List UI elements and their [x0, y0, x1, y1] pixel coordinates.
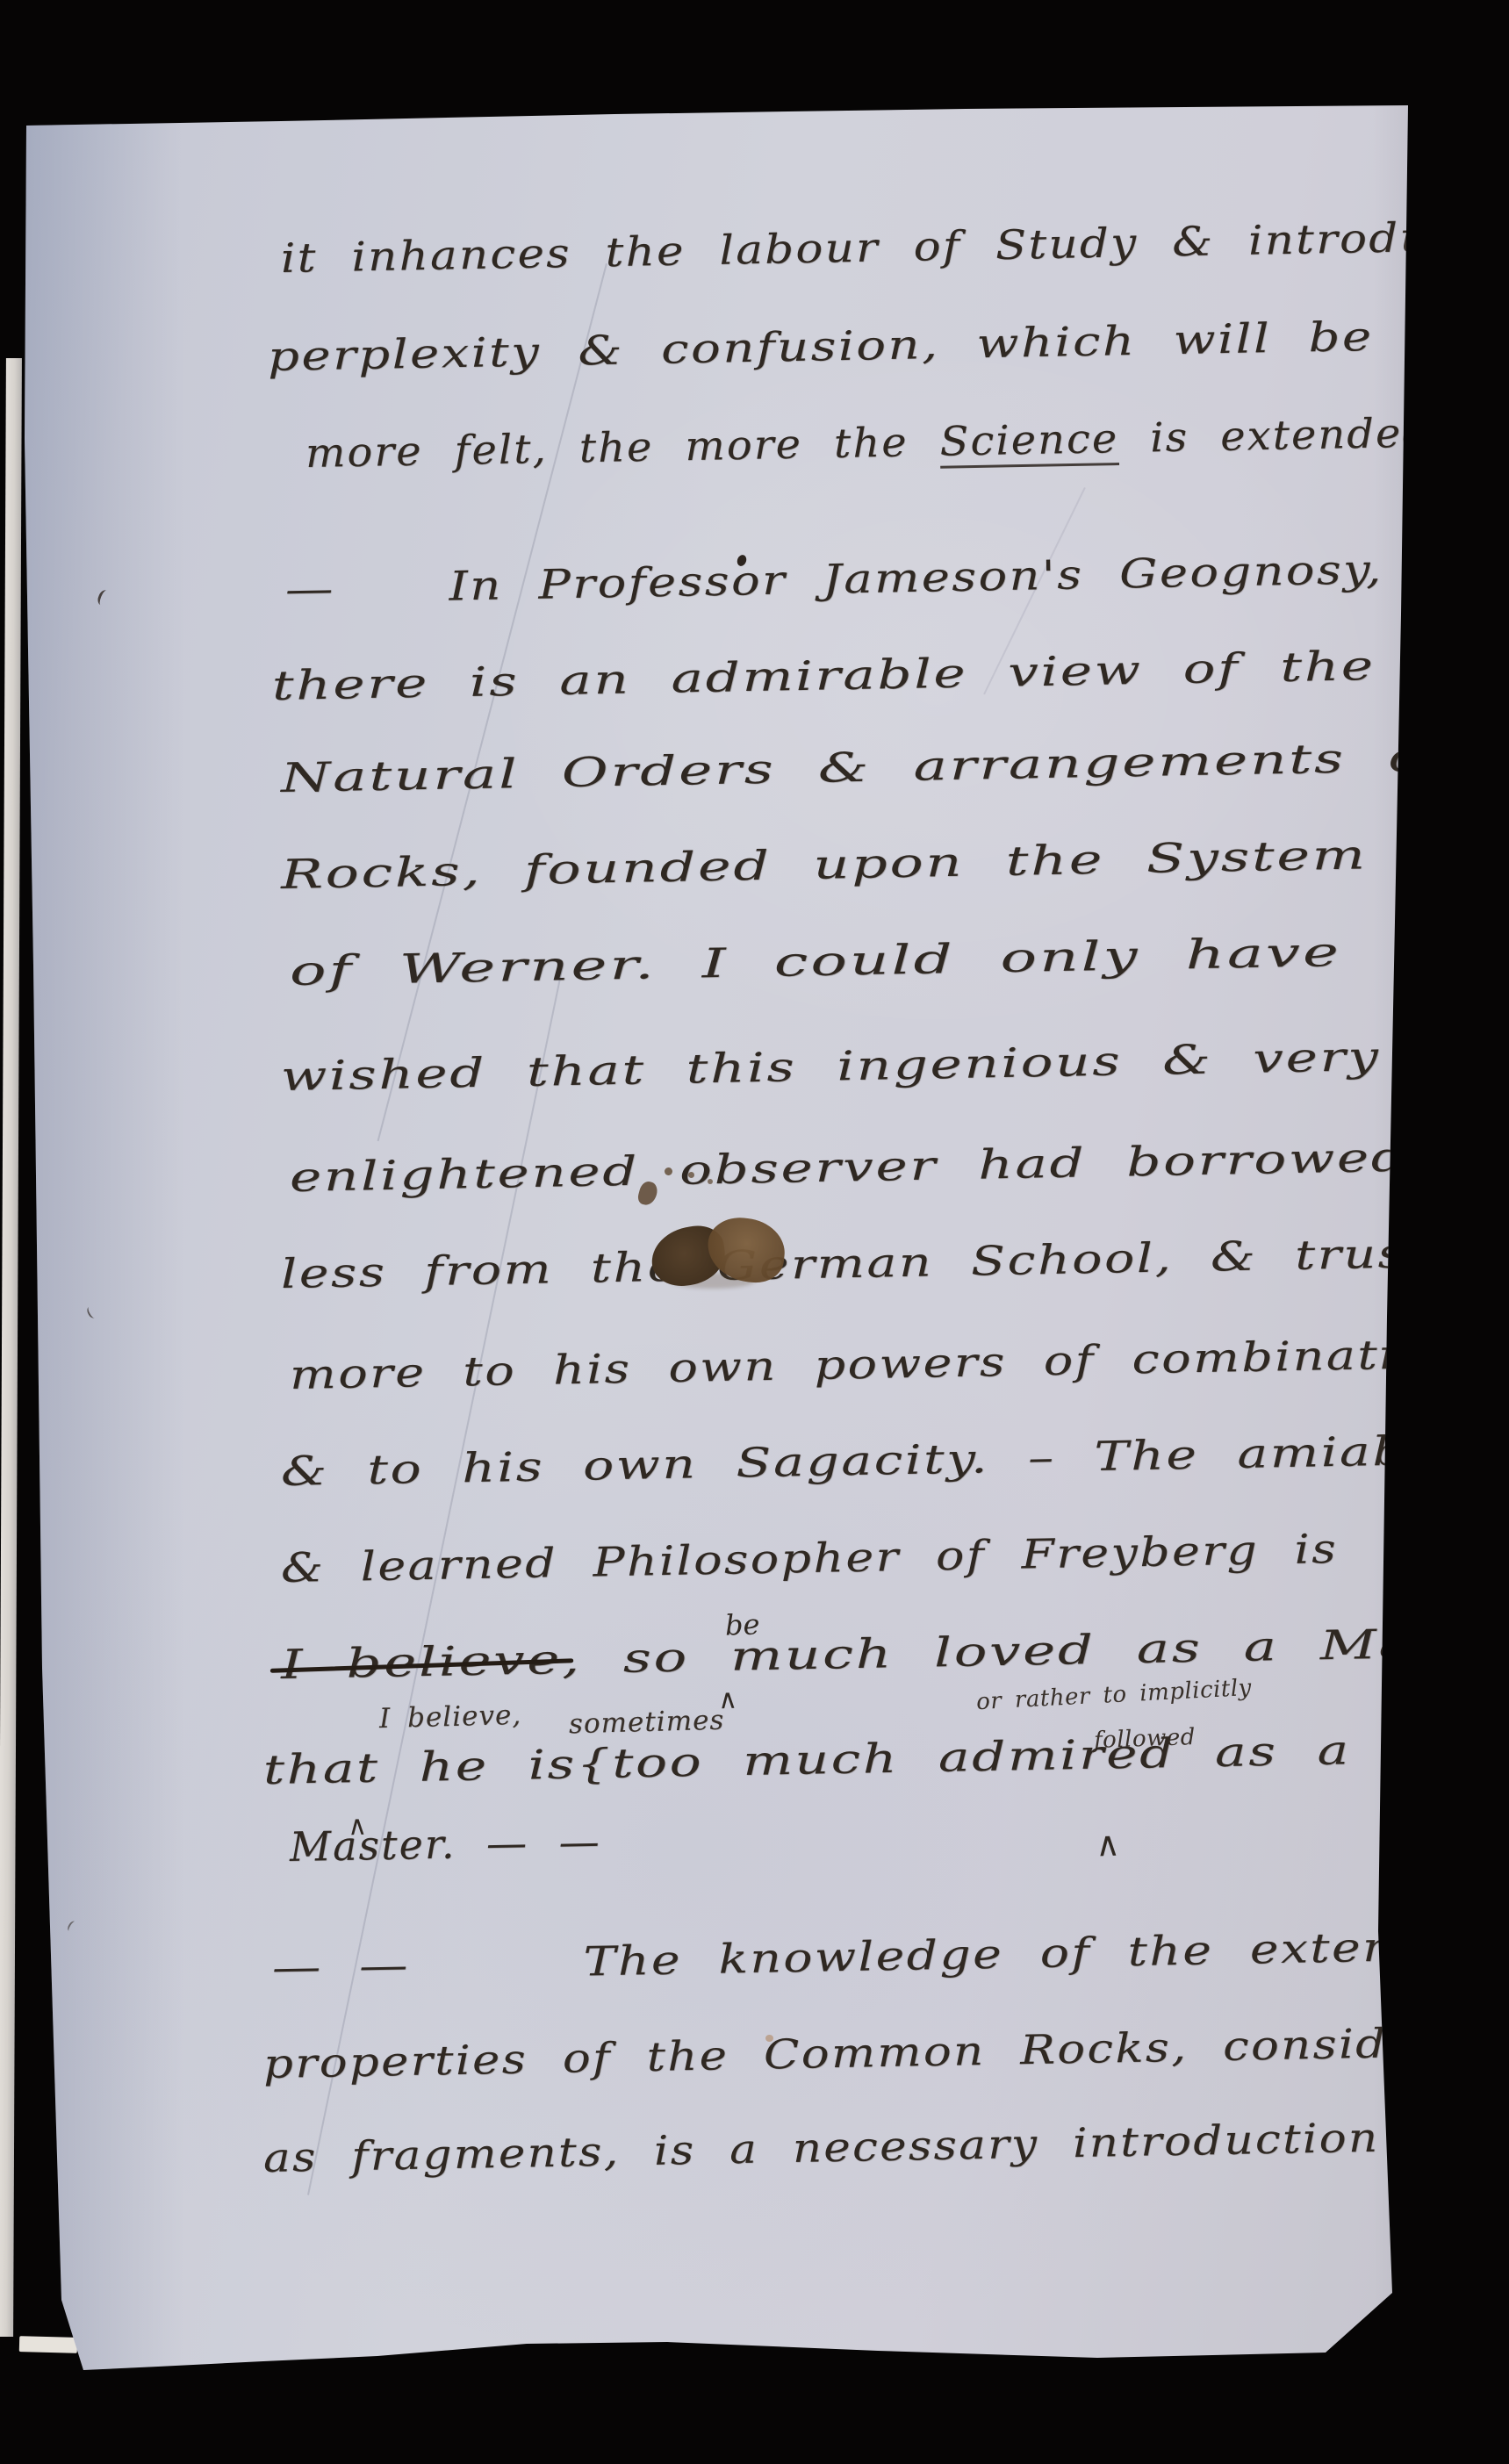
adjacent-page-corner: [19, 2336, 77, 2353]
ink-blot-droplet: [665, 1167, 672, 1175]
photograph-background: it inhances the labour of Study & introd…: [0, 0, 1509, 2464]
handwritten-line-9: wished that this ingenious & very: [281, 1033, 1382, 1100]
line-text: more felt, the more the: [305, 418, 940, 477]
handwritten-line-4: —In Professor Jameson's Geognosy,: [285, 546, 1383, 613]
line-text: enlightened observer had borrowed: [289, 1133, 1408, 1201]
ink-blot-droplet: [708, 1179, 713, 1184]
handwritten-line-1: it inhances the labour of Study & introd…: [281, 212, 1509, 282]
interline-insertion-rather: or rather to implicitly: [975, 1675, 1252, 1715]
handwritten-line-18: Master. — —: [290, 1819, 602, 1871]
interline-insertion-sometimes: sometimes: [569, 1705, 725, 1741]
adjacent-page-edge: [0, 358, 22, 2337]
line-text: & learned Philosopher of Freyberg is: [280, 1525, 1338, 1591]
line-text: The knowledge of the external: [583, 1922, 1469, 1985]
line-text: less from the German School, & trusted: [280, 1228, 1494, 1297]
handwritten-line-15: I believe, so muchloved as a Man,: [281, 1620, 1472, 1688]
handwritten-line-19: — —The knowledge of the external: [272, 1922, 1470, 1991]
paragraph-dash: — —: [271, 1941, 410, 1991]
line-text: Rocks, founded upon the System: [280, 830, 1368, 898]
handwritten-line-17: that he is{too much admired as a: [263, 1727, 1352, 1793]
handwritten-line-20: properties of the Common Rocks, consider…: [263, 2018, 1503, 2087]
handwritten-line-21: as fragments, is a necessary introductio…: [263, 2115, 1380, 2181]
line-text: there is an admirable view of the: [271, 642, 1376, 709]
handwritten-line-6: Natural Orders & arrangements of: [281, 734, 1448, 801]
line-text: that: [262, 1743, 420, 1793]
paragraph-dash: —: [284, 564, 335, 613]
handwritten-line-2: perplexity & confusion, which will be: [268, 313, 1374, 380]
handwritten-line-8: of Werner. I could only have: [290, 929, 1342, 995]
line-text: In Professor Jameson's Geognosy,: [449, 545, 1383, 609]
line-text: wished that this ingenious & very: [280, 1032, 1381, 1100]
handwritten-line-5: there is an admirable view of the: [272, 643, 1376, 709]
strikethrough-text: I believe: [281, 1636, 563, 1688]
line-text: as fragments, is a necessary introductio…: [262, 2114, 1379, 2181]
handwritten-line-10: enlightened observer had borrowed: [290, 1134, 1409, 1201]
line-text: Master. — —: [289, 1818, 601, 1871]
line-text: properties of the Common Rocks, consider…: [262, 2017, 1502, 2087]
handwritten-line-3: more felt, the more the Science is exten…: [305, 408, 1491, 477]
line-text: loved as a Man,: [933, 1619, 1471, 1676]
line-text: perplexity & confusion, which will be: [267, 312, 1373, 380]
line-text: it inhances the labour of Study & introd…: [280, 212, 1509, 282]
line-text: he is: [419, 1740, 577, 1790]
handwritten-line-7: Rocks, founded upon the System: [281, 831, 1369, 898]
paper-stain: [765, 2035, 773, 2042]
interline-insertion-believe: I believe,: [379, 1699, 522, 1735]
handwritten-line-11: less from the German School, & trusted: [281, 1229, 1495, 1297]
line-text: & to his own Sagacity. – The amiable: [280, 1426, 1458, 1495]
manuscript-page: it inhances the labour of Study & introd…: [0, 0, 1509, 2464]
handwritten-line-13: & to his own Sagacity. – The amiable: [281, 1426, 1459, 1494]
line-text: Natural Orders & arrangements of: [280, 733, 1448, 801]
handwritten-line-14: & learned Philosopher of Freyberg is: [281, 1526, 1339, 1591]
line-text: of Werner. I could only have: [289, 928, 1341, 995]
gutter-shadow: [0, 0, 184, 2464]
handwritten-line-12: more to his own powers of combination,: [290, 1330, 1481, 1398]
line-text: is extended.—: [1118, 407, 1491, 462]
insertion-brace: {: [576, 1740, 613, 1788]
underlined-word: Science: [939, 414, 1119, 469]
interline-insertion-be: be: [724, 1607, 760, 1641]
caret-mark: ∧: [1095, 1828, 1120, 1862]
ink-blot-droplet: [688, 1172, 694, 1178]
line-text: more to his own powers of combination,: [289, 1329, 1480, 1398]
